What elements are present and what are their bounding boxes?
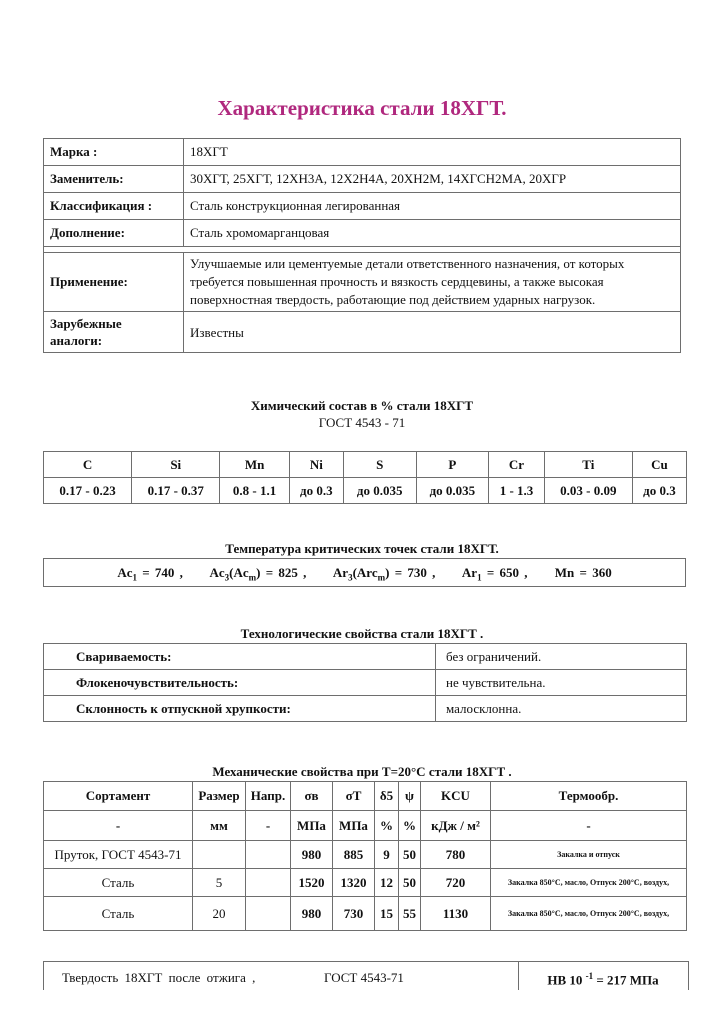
table-row: Свариваемость: без ограничений. [44, 644, 687, 670]
ar1-point: Ar1 = 650 , [462, 565, 528, 580]
unit-cell: % [375, 811, 399, 841]
cell: 20 [193, 897, 246, 931]
element-header: C [44, 452, 132, 478]
row-value: Известны [184, 312, 681, 353]
hardness-box: Твердость 18ХГТ после отжига , ГОСТ 4543… [43, 961, 689, 990]
unit-cell: % [399, 811, 421, 841]
row-key: Дополнение: [44, 220, 184, 247]
element-value: 0.8 - 1.1 [220, 478, 289, 504]
cell: 1130 [421, 897, 491, 931]
technological-properties-table: Свариваемость: без ограничений. Флокеноч… [43, 643, 687, 722]
table-row: Сталь2098073015551130Закалка 850°C, масл… [44, 897, 687, 931]
cell: 885 [333, 841, 375, 869]
table-row: Флокеночувствительность: не чувствительн… [44, 670, 687, 696]
element-header: Ti [544, 452, 632, 478]
unit-cell: мм [193, 811, 246, 841]
cell: 15 [375, 897, 399, 931]
element-header: Cu [632, 452, 686, 478]
cell: 730 [333, 897, 375, 931]
table-row: Дополнение: Сталь хромомарганцовая [44, 220, 681, 247]
row-key: Применение: [44, 253, 184, 312]
row-value: без ограничений. [436, 644, 687, 670]
values-row: 0.17 - 0.230.17 - 0.370.8 - 1.1до 0.3до … [44, 478, 687, 504]
column-header: Напр. [246, 782, 291, 811]
unit-cell: МПа [333, 811, 375, 841]
row-value: Улучшаемые или цементуемые детали ответс… [184, 253, 681, 312]
element-value: 0.17 - 0.23 [44, 478, 132, 504]
row-key: Флокеночувствительность: [44, 670, 436, 696]
chemical-composition-table: CSiMnNiSPCrTiCu 0.17 - 0.230.17 - 0.370.… [43, 451, 687, 504]
cell [246, 869, 291, 897]
table-row: Заменитель: 30ХГТ, 25ХГТ, 12ХН3А, 12Х2Н4… [44, 166, 681, 193]
mechanical-title: Механические свойства при Т=20°С стали 1… [0, 764, 724, 780]
element-header: Si [132, 452, 220, 478]
hardness-value: HB 10 -1 = 217 МПа [518, 971, 688, 988]
row-key: Зарубежные аналоги: [44, 312, 184, 353]
cell: Закалка 850°C, масло, Отпуск 200°C, возд… [491, 897, 687, 931]
ac3-point: Ac3(Acm) = 825 , [209, 565, 306, 580]
row-key: Классификация : [44, 193, 184, 220]
critical-points-box: Ac1 = 740 , Ac3(Acm) = 825 , Ar3(Arcm) =… [43, 558, 686, 587]
element-header: Ni [289, 452, 343, 478]
cell [193, 841, 246, 869]
row-value: Сталь хромомарганцовая [184, 220, 681, 247]
header-row: CSiMnNiSPCrTiCu [44, 452, 687, 478]
table-row: Склонность к отпускной хрупкости: малоск… [44, 696, 687, 722]
column-header: KCU [421, 782, 491, 811]
ac1-point: Ac1 = 740 , [117, 565, 183, 580]
unit-cell: - [491, 811, 687, 841]
units-row: -мм-МПаМПа%%кДж / м²- [44, 811, 687, 841]
row-value: 18ХГТ [184, 139, 681, 166]
element-value: до 0.035 [416, 478, 489, 504]
cell: Пруток, ГОСТ 4543-71 [44, 841, 193, 869]
column-header: Размер [193, 782, 246, 811]
element-header: S [343, 452, 416, 478]
cell: 720 [421, 869, 491, 897]
cell: 12 [375, 869, 399, 897]
element-value: до 0.035 [343, 478, 416, 504]
row-key: Склонность к отпускной хрупкости: [44, 696, 436, 722]
table-row: Зарубежные аналоги: Известны [44, 312, 681, 353]
chemical-title: Химический состав в % стали 18ХГТ [0, 398, 724, 414]
cell: 980 [291, 841, 333, 869]
cell: 5 [193, 869, 246, 897]
table-row: Классификация : Сталь конструкционная ле… [44, 193, 681, 220]
element-value: до 0.3 [632, 478, 686, 504]
row-value: Сталь конструкционная легированная [184, 193, 681, 220]
table-row: Применение: Улучшаемые или цементуемые д… [44, 253, 681, 312]
unit-cell: МПа [291, 811, 333, 841]
row-value: малосклонна. [436, 696, 687, 722]
cell: 50 [399, 841, 421, 869]
cell: 55 [399, 897, 421, 931]
cell: 1520 [291, 869, 333, 897]
row-key: Марка : [44, 139, 184, 166]
cell [246, 841, 291, 869]
table-row: Сталь5152013201250720Закалка 850°C, масл… [44, 869, 687, 897]
header-row: СортаментРазмерНапр.σвσTδ5ψKCUТермообр. [44, 782, 687, 811]
column-header: ψ [399, 782, 421, 811]
mn-point: Mn = 360 [555, 565, 612, 580]
unit-cell: - [246, 811, 291, 841]
unit-cell: кДж / м² [421, 811, 491, 841]
element-value: 1 - 1.3 [489, 478, 544, 504]
cell: 50 [399, 869, 421, 897]
chemical-standard: ГОСТ 4543 - 71 [0, 415, 724, 431]
unit-cell: - [44, 811, 193, 841]
critical-title: Температура критических точек стали 18ХГ… [0, 541, 724, 557]
table-row: Пруток, ГОСТ 4543-71980885950780Закалка … [44, 841, 687, 869]
hardness-label: Твердость 18ХГТ после отжига , [62, 970, 255, 986]
cell: Закалка 850°C, масло, Отпуск 200°C, возд… [491, 869, 687, 897]
row-value: 30ХГТ, 25ХГТ, 12ХН3А, 12Х2Н4А, 20ХН2М, 1… [184, 166, 681, 193]
cell: 1320 [333, 869, 375, 897]
element-value: 0.17 - 0.37 [132, 478, 220, 504]
general-properties-table: Марка : 18ХГТ Заменитель: 30ХГТ, 25ХГТ, … [43, 138, 681, 353]
row-key: Заменитель: [44, 166, 184, 193]
cell: Сталь [44, 869, 193, 897]
cell: 9 [375, 841, 399, 869]
column-header: δ5 [375, 782, 399, 811]
cell: Сталь [44, 897, 193, 931]
ar3-point: Ar3(Arcm) = 730 , [333, 565, 435, 580]
element-value: 0.03 - 0.09 [544, 478, 632, 504]
element-value: до 0.3 [289, 478, 343, 504]
page-title: Характеристика стали 18ХГТ. [0, 96, 724, 121]
row-key: Свариваемость: [44, 644, 436, 670]
element-header: Cr [489, 452, 544, 478]
column-header: σв [291, 782, 333, 811]
table-row: Марка : 18ХГТ [44, 139, 681, 166]
column-header: Термообр. [491, 782, 687, 811]
column-header: Сортамент [44, 782, 193, 811]
cell [246, 897, 291, 931]
mechanical-properties-table: СортаментРазмерНапр.σвσTδ5ψKCUТермообр. … [43, 781, 687, 931]
row-value: не чувствительна. [436, 670, 687, 696]
technological-title: Технологические свойства стали 18ХГТ . [0, 626, 724, 642]
element-header: Mn [220, 452, 289, 478]
cell: Закалка и отпуск [491, 841, 687, 869]
hardness-standard: ГОСТ 4543-71 [324, 970, 404, 986]
cell: 780 [421, 841, 491, 869]
element-header: P [416, 452, 489, 478]
cell: 980 [291, 897, 333, 931]
column-header: σT [333, 782, 375, 811]
